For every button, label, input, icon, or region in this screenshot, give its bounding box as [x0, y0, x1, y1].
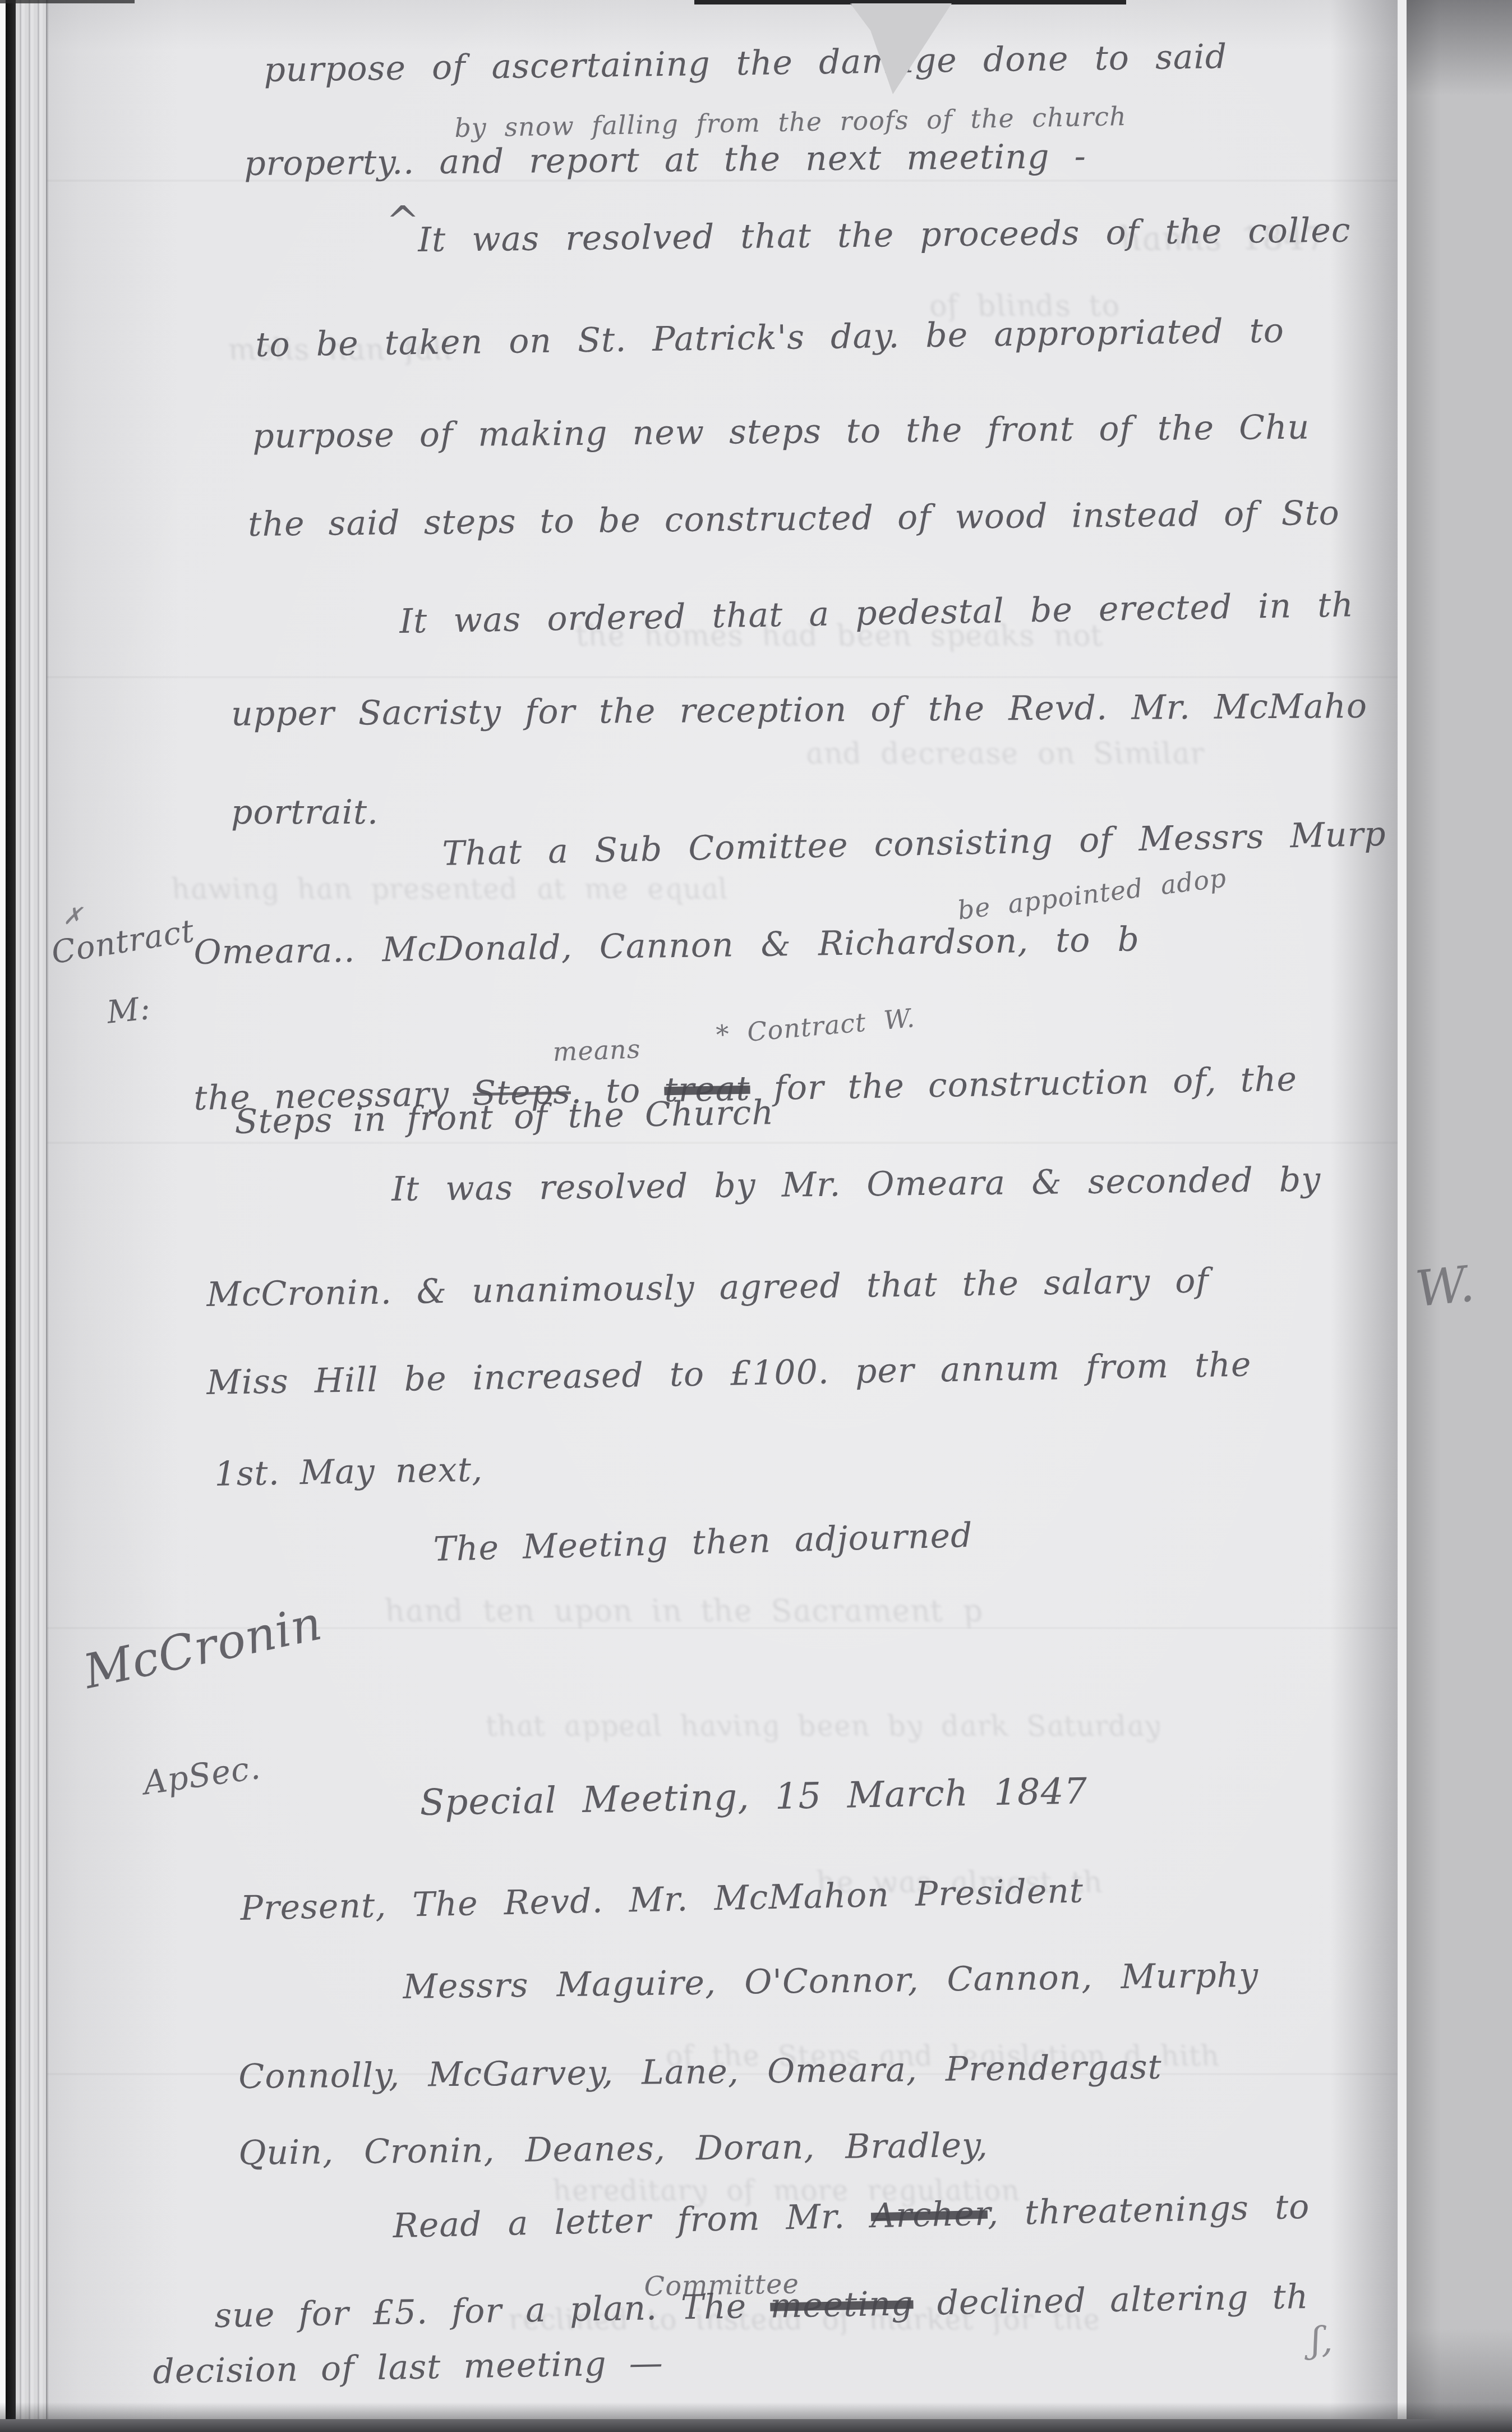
- text-segment: Omeara.. McDonald, Cannon & Richardson, …: [193, 920, 1140, 972]
- manuscript-line: portrait.: [231, 796, 379, 829]
- text-segment: property.. and report at the next meetin…: [244, 137, 1086, 183]
- manuscript-line: Omeara.. McDonald, Cannon & Richardson, …: [193, 922, 1140, 969]
- text-segment: hawing han presented at me equal: [168, 873, 732, 905]
- text-segment: Committee: [644, 2268, 799, 2302]
- bleedthrough-text: and decrease on Similar: [802, 739, 1208, 769]
- struck-text: Archer: [870, 2194, 988, 2236]
- bleedthrough-text: of blinds to: [925, 292, 1123, 321]
- manuscript-line: Present, The Revd. Mr. McMahon President: [240, 1874, 1084, 1925]
- interlinear-insertion: means: [552, 1036, 641, 1065]
- text-segment: upper Sacristy for the reception of the …: [231, 687, 1367, 734]
- text-segment: ^: [386, 197, 420, 245]
- margin-note: Contract: [49, 916, 197, 969]
- text-segment: 1st. May next,: [214, 1450, 483, 1494]
- text-segment: Contract: [49, 913, 197, 971]
- manuscript-line: property.. and report at the next meetin…: [244, 140, 1086, 181]
- next-page-ink-layer: W.: [0, 0, 1512, 2432]
- text-segment: Read a letter from Mr.: [393, 2196, 872, 2246]
- meeting-heading: Special Meeting, 15 March 1847: [420, 1773, 1088, 1821]
- manuscript-line: The Meeting then adjourned: [433, 1519, 973, 1566]
- manuscript-line: upper Sacristy for the reception of the …: [231, 689, 1367, 731]
- manuscript-scan: hamis 1847of blinds tomelis han fallthe …: [0, 0, 1512, 2432]
- text-segment: hand ten upon in the Sacrament p: [381, 1593, 987, 1629]
- next-page-corner-shadow: [1407, 0, 1512, 95]
- next-page-shade: [1407, 0, 1440, 2432]
- text-segment: that appeal having been by dark Saturday: [482, 1710, 1165, 1743]
- text-segment: Steps in front of the Church: [234, 1093, 775, 1142]
- bleedthrough-layer: hamis 1847of blinds tomelis han fallthe …: [0, 0, 1512, 2432]
- manuscript-line: Connolly, McGarvey, Lane, Omeara, Prende…: [238, 2051, 1162, 2094]
- margin-note: M:: [105, 993, 153, 1029]
- text-segment: Connolly, McGarvey, Lane, Omeara, Prende…: [238, 2048, 1162, 2097]
- bleedthrough-text: reclined to instead of market for the: [505, 2306, 1104, 2334]
- insertion-caret: ^: [386, 201, 420, 241]
- manuscript-line: the necessary Steps. to treat for the co…: [193, 1063, 1297, 1115]
- text-segment: means: [552, 1034, 641, 1067]
- paper-crease: [47, 1627, 1398, 1629]
- page-stack-edges: [16, 0, 47, 2432]
- manuscript-line: It was resolved by Mr. Omeara & seconded…: [391, 1163, 1321, 1206]
- paper-crease: [47, 2073, 1398, 2075]
- bleedthrough-text: that appeal having been by dark Saturday: [482, 1712, 1164, 1740]
- text-segment: McCronin. & unanimously agreed that the …: [206, 1261, 1209, 1314]
- bleedthrough-text: melis han fall: [224, 335, 457, 365]
- text-segment: It was resolved by Mr. Omeara & seconded…: [391, 1160, 1321, 1209]
- text-segment: the said steps to be constructed of wood…: [248, 494, 1340, 544]
- bleedthrough-text: of the Steps and legislation d hith: [662, 2042, 1223, 2070]
- text-segment: purpose of making new steps to the front…: [252, 408, 1310, 456]
- next-page-edge: [1407, 0, 1512, 2432]
- struck-text: treat: [664, 1069, 750, 1110]
- text-segment: Quin, Cronin, Deanes, Doran, Bradley,: [238, 2126, 988, 2173]
- text-segment: be appointed adop: [956, 862, 1228, 925]
- text-segment: melis han fall: [224, 333, 457, 367]
- text-segment: Special Meeting, 15 March 1847: [420, 1771, 1088, 1824]
- scan-top-band: [0, 0, 135, 3]
- scan-bottom-shadow: [0, 2402, 1512, 2419]
- text-segment: decision of last meeting —: [153, 2343, 663, 2392]
- interlinear-insertion: Committee: [644, 2270, 799, 2300]
- bleedthrough-text: he was almost th: [813, 1868, 1107, 1897]
- manuscript-line: sue for £5. for a plan. The meeting decl…: [214, 2280, 1309, 2333]
- interlinear-insertion: be appointed adop: [956, 865, 1228, 923]
- manuscript-line: 1st. May next,: [214, 1453, 483, 1491]
- paper-texture: [0, 0, 1512, 2432]
- manuscript-line: purpose of ascertaining the damage done …: [264, 40, 1227, 87]
- paper-crease: [47, 180, 1398, 182]
- text-segment: That a Sub Comittee consisting of Messrs…: [442, 815, 1386, 874]
- bleedthrough-text: hand ten upon in the Sacrament p: [381, 1596, 986, 1626]
- bleedthrough-text: the homes had been speaks not: [572, 622, 1107, 651]
- page-tear: [850, 3, 952, 94]
- text-segment: and decrease on Similar: [801, 737, 1209, 771]
- text-segment: he was almost th: [813, 1866, 1107, 1900]
- bleedthrough-text: hereditary of more regulation: [550, 2177, 1023, 2205]
- interlinear-insertion: * Contract W.: [715, 1005, 916, 1048]
- manuscript-line: Miss Hill be increased to £100. per annu…: [206, 1348, 1252, 1400]
- secretary-signature: ApSec.: [141, 1751, 262, 1800]
- manuscript-line: Quin, Cronin, Deanes, Doran, Bradley,: [238, 2128, 988, 2170]
- manuscript-line: purpose of making new steps to the front…: [252, 411, 1310, 453]
- text-segment: McCronin: [79, 1596, 327, 1699]
- left-fold-line: [46, 0, 49, 2432]
- text-segment: hereditary of more regulation: [549, 2174, 1024, 2207]
- text-segment: sue for £5. for a plan. The: [214, 2287, 771, 2336]
- text-segment: Miss Hill be increased to £100. per annu…: [206, 1345, 1252, 1403]
- manuscript-line: decision of last meeting —: [153, 2346, 663, 2389]
- bleedthrough-text: hawing han presented at me equal: [168, 875, 731, 903]
- manuscript-line: It was resolved that the proceeds of the…: [418, 214, 1351, 257]
- text-segment: portrait.: [231, 793, 379, 832]
- text-segment: It was ordered that a pedestal be erecte…: [399, 585, 1354, 641]
- manuscript-line: Steps in front of the Church: [234, 1096, 774, 1139]
- text-segment: the necessary: [193, 1074, 473, 1118]
- text-segment: declined altering th: [913, 2277, 1309, 2323]
- text-segment: hamis 1847: [1115, 219, 1331, 258]
- handwriting-layer: purpose of ascertaining the damage done …: [0, 0, 1512, 2432]
- manuscript-line: That a Sub Comittee consisting of Messrs…: [442, 817, 1386, 871]
- manuscript-line: Read a letter from Mr. Archer, threateni…: [393, 2190, 1310, 2243]
- manuscript-line: Messrs Maguire, O'Connor, Cannon, Murphy: [403, 1959, 1259, 2004]
- gutter-highlight: [1398, 0, 1407, 2432]
- scan-left-edge: [0, 0, 6, 2432]
- text-segment: Messrs Maguire, O'Connor, Cannon, Murphy: [403, 1956, 1259, 2007]
- text-segment: ApSec.: [141, 1748, 262, 1803]
- text-segment: of the Steps and legislation d hith: [661, 2040, 1224, 2072]
- text-segment: It was resolved that the proceeds of the…: [418, 211, 1351, 260]
- struck-text: Steps: [472, 1072, 571, 1113]
- paper-crease: [47, 676, 1398, 678]
- text-segment: The Meeting then adjourned: [433, 1516, 973, 1569]
- manuscript-line: It was ordered that a pedestal be erecte…: [399, 588, 1354, 638]
- text-segment: by snow falling from the roofs of the ch…: [454, 101, 1127, 143]
- text-segment: ✗: [63, 902, 83, 930]
- margin-mark: ✗: [63, 904, 83, 928]
- text-segment: * Contract W.: [715, 1003, 916, 1050]
- manuscript-line: the said steps to be constructed of wood…: [248, 496, 1340, 541]
- secretary-signature: McCronin: [80, 1599, 326, 1695]
- struck-text: meeting: [770, 2284, 914, 2325]
- text-segment: of blinds to: [925, 289, 1124, 323]
- paper-crease: [47, 1142, 1398, 1144]
- scan-bottom-band: [0, 2419, 1512, 2432]
- text-segment: reclined to instead of market for the: [504, 2304, 1104, 2336]
- text-segment: M:: [105, 990, 153, 1031]
- gutter-shadow: [1330, 0, 1398, 2432]
- text-segment: the homes had been speaks not: [571, 619, 1107, 653]
- text-segment: purpose of ascertaining the damage done …: [264, 37, 1228, 90]
- manuscript-line: to be taken on St. Patrick's day. be app…: [255, 314, 1284, 362]
- text-segment: for the construction of, the: [750, 1060, 1298, 1109]
- text-segment: to be taken on St. Patrick's day. be app…: [255, 311, 1285, 365]
- text-segment: Present, The Revd. Mr. McMahon President: [240, 1872, 1084, 1928]
- book-binding: [6, 0, 16, 2432]
- manuscript-line: McCronin. & unanimously agreed that the …: [206, 1264, 1209, 1312]
- bleedthrough-text: hamis 1847: [1116, 222, 1330, 255]
- text-segment: . to: [570, 1070, 665, 1111]
- interlinear-insertion: by snow falling from the roofs of the ch…: [454, 103, 1127, 141]
- text-segment: , threatenings to: [987, 2187, 1310, 2233]
